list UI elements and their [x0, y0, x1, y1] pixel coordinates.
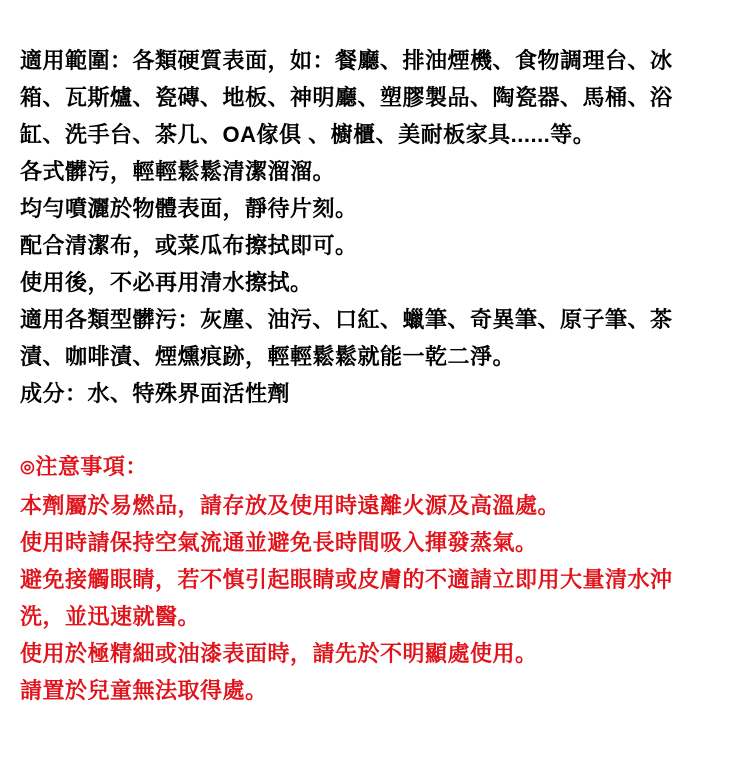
- warning-flammable-text: 本劑屬於易燃品，請存放及使用時遠離火源及高溫處。: [20, 487, 712, 524]
- warnings-heading: ◎注意事項：: [20, 448, 712, 487]
- usage-info-section: 適用範圍：各類硬質表面，如：餐廳、排油煙機、食物調理台、冰箱、瓦斯爐、瓷磚、地板…: [20, 42, 712, 412]
- usage-effect-text: 各式髒污，輕輕鬆鬆清潔溜溜。: [20, 153, 712, 190]
- usage-step-after-text: 使用後，不必再用清水擦拭。: [20, 264, 712, 301]
- product-description-page: 適用範圍：各類硬質表面，如：餐廳、排油煙機、食物調理台、冰箱、瓦斯爐、瓷磚、地板…: [0, 0, 730, 777]
- usage-step-wipe-text: 配合清潔布，或菜瓜布擦拭即可。: [20, 227, 712, 264]
- usage-scope-text: 適用範圍：各類硬質表面，如：餐廳、排油煙機、食物調理台、冰箱、瓦斯爐、瓷磚、地板…: [20, 42, 712, 153]
- warnings-section: ◎注意事項： 本劑屬於易燃品，請存放及使用時遠離火源及高溫處。 使用時請保持空氣…: [20, 448, 712, 709]
- warning-keep-from-children-text: 請置於兒童無法取得處。: [20, 672, 712, 709]
- warning-ventilation-text: 使用時請保持空氣流通並避免長時間吸入揮發蒸氣。: [20, 524, 712, 561]
- stain-types-text: 適用各類型髒污：灰塵、油污、口紅、蠟筆、奇異筆、原子筆、茶漬、咖啡漬、煙燻痕跡，…: [20, 301, 712, 375]
- ingredients-text: 成分：水、特殊界面活性劑: [20, 375, 712, 412]
- warning-eye-contact-text: 避免接觸眼睛，若不慎引起眼睛或皮膚的不適請立即用大量清水沖洗，並迅速就醫。: [20, 561, 712, 635]
- section-spacer: [20, 412, 712, 448]
- warning-delicate-surface-text: 使用於極精細或油漆表面時，請先於不明顯處使用。: [20, 635, 712, 672]
- bullseye-bullet-icon: ◎: [20, 457, 35, 476]
- usage-step-spray-text: 均勻噴灑於物體表面，靜待片刻。: [20, 190, 712, 227]
- warnings-heading-label: 注意事項：: [35, 454, 148, 479]
